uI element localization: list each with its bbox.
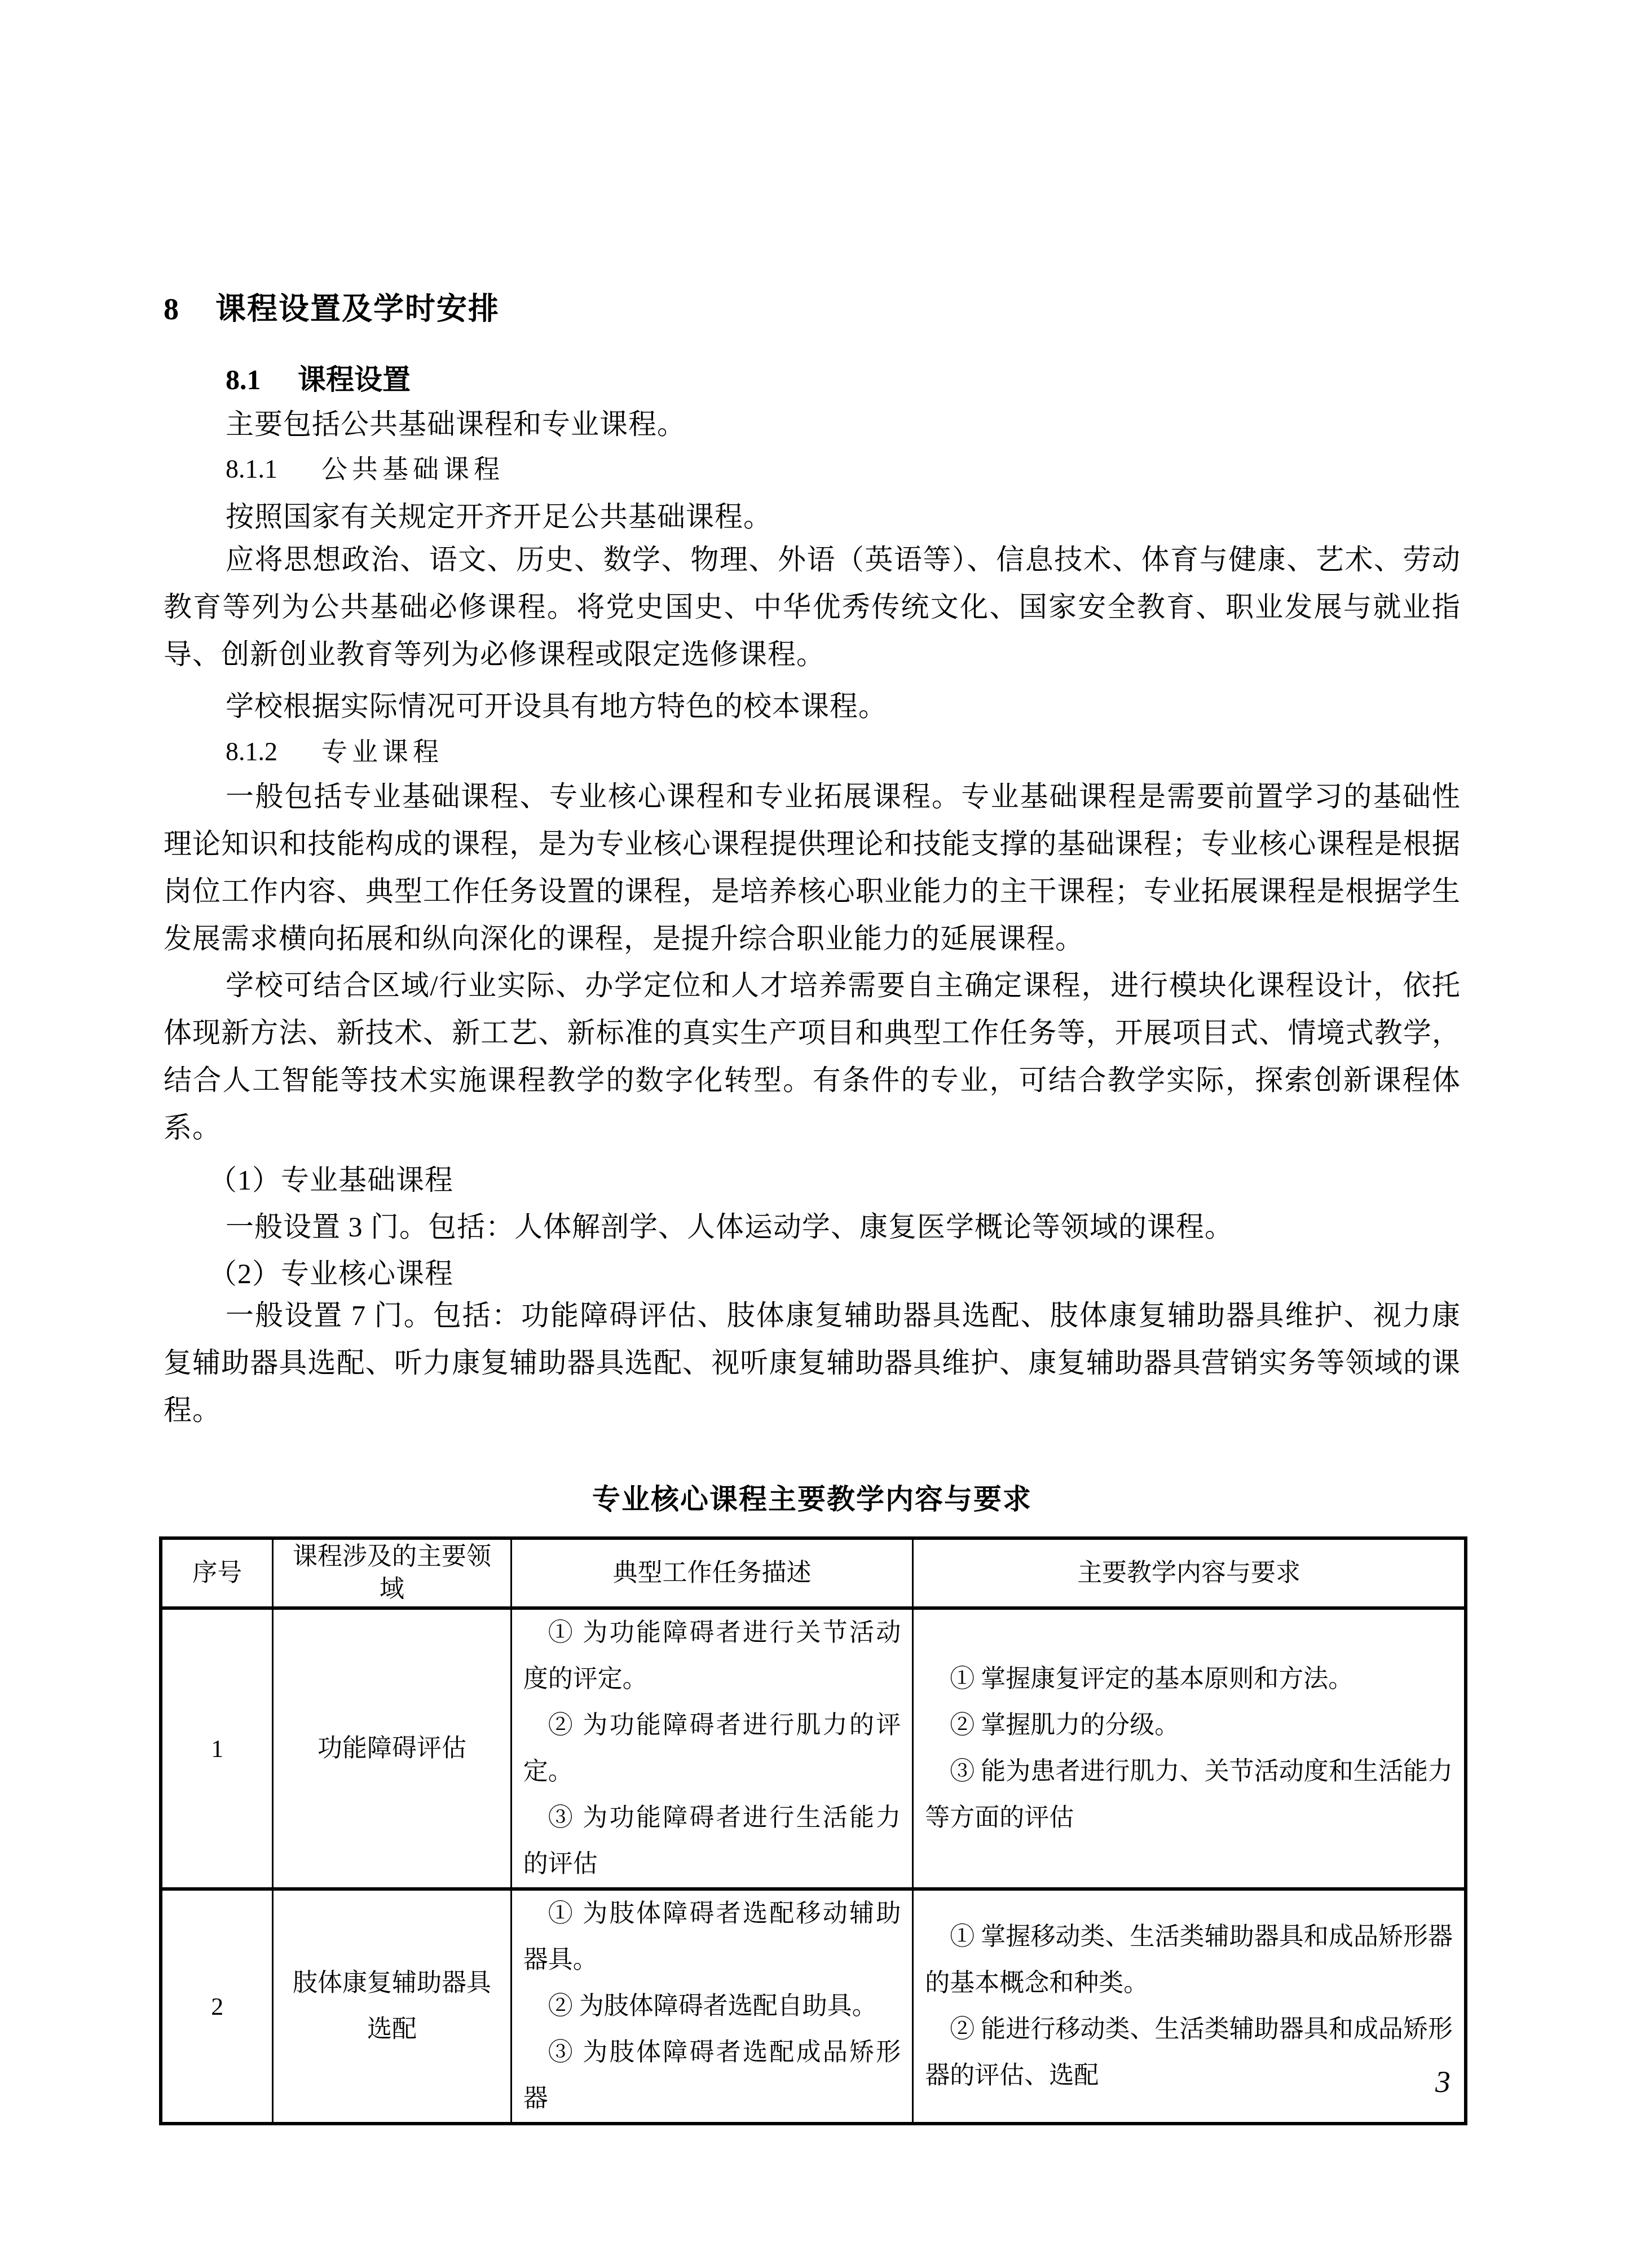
row-number: 2 <box>161 1889 273 2124</box>
task-item: ③ 为肢体障碍者选配成品矫形器 <box>523 2029 901 2122</box>
public-courses-heading: 8.1.1公共基础课程 <box>226 448 504 486</box>
core-table-title: 专业核心课程主要教学内容与要求 <box>164 1477 1461 1517</box>
professional-courses-heading: 8.1.2专业课程 <box>226 731 443 768</box>
public-courses-paragraph-2: 应将思想政治、语文、历史、数学、物理、外语（英语等）、信息技术、体育与健康、艺术… <box>164 536 1461 678</box>
requirement-item: ① 掌握康复评定的基本原则和方法。 <box>925 1656 1453 1702</box>
public-courses-title: 公共基础课程 <box>321 455 504 483</box>
row-number: 1 <box>161 1608 273 1889</box>
professional-courses-paragraph-1: 一般包括专业基础课程、专业核心课程和专业拓展课程。专业基础课程是需要前置学习的基… <box>164 773 1461 962</box>
requirement-item: ① 掌握移动类、生活类辅助器具和成品矫形器的基本概念和种类。 <box>925 1914 1453 2006</box>
task-item: ② 为肢体障碍者选配自助具。 <box>523 1983 901 2029</box>
task-item: ① 为功能障碍者进行关节活动度的评定。 <box>523 1610 901 1702</box>
header-task: 典型工作任务描述 <box>511 1538 912 1608</box>
task-item: ② 为功能障碍者进行肌力的评定。 <box>523 1702 901 1795</box>
task-item: ① 为肢体障碍者选配移动辅助器具。 <box>523 1891 901 1983</box>
header-area: 课程涉及的主要领域 <box>273 1538 511 1608</box>
table-header-row: 序号 课程涉及的主要领域 典型工作任务描述 主要教学内容与要求 <box>161 1538 1466 1608</box>
section-title: 课程设置及学时安排 <box>215 291 500 327</box>
professional-courses-paragraph-2: 学校可结合区域/行业实际、办学定位和人才培养需要自主确定课程，进行模块化课程设计… <box>164 962 1461 1151</box>
row-requirements: ① 掌握移动类、生活类辅助器具和成品矫形器的基本概念和种类。 ② 能进行移动类、… <box>913 1889 1466 2124</box>
row-tasks: ① 为功能障碍者进行关节活动度的评定。 ② 为功能障碍者进行肌力的评定。 ③ 为… <box>511 1608 912 1889</box>
public-courses-paragraph-1: 按照国家有关规定开齐开足公共基础课程。 <box>226 494 772 535</box>
core-courses-text: 一般设置 7 门。包括：功能障碍评估、肢体康复辅助器具选配、肢体康复辅助器具维护… <box>164 1292 1461 1434</box>
subsection-intro: 主要包括公共基础课程和专业课程。 <box>226 402 686 442</box>
core-courses-table: 序号 课程涉及的主要领域 典型工作任务描述 主要教学内容与要求 1 功能障碍评估… <box>159 1536 1467 2125</box>
document-page: 8课程设置及学时安排 8.1课程设置 主要包括公共基础课程和专业课程。 8.1.… <box>0 0 1627 2268</box>
row-area: 功能障碍评估 <box>273 1608 511 1889</box>
basic-courses-text: 一般设置 3 门。包括：人体解剖学、人体运动学、康复医学概论等领域的课程。 <box>226 1204 1233 1245</box>
requirement-item: ② 能进行移动类、生活类辅助器具和成品矫形器的评估、选配 <box>925 2006 1453 2099</box>
basic-courses-heading: （1）专业基础课程 <box>209 1157 453 1198</box>
page-number: 3 <box>1435 2064 1450 2099</box>
professional-courses-title: 专业课程 <box>321 737 443 766</box>
row-requirements: ① 掌握康复评定的基本原则和方法。 ② 掌握肌力的分级。 ③ 能为患者进行肌力、… <box>913 1608 1466 1889</box>
row-tasks: ① 为肢体障碍者选配移动辅助器具。 ② 为肢体障碍者选配自助具。 ③ 为肢体障碍… <box>511 1889 912 2124</box>
core-courses-heading: （2）专业核心课程 <box>209 1251 453 1292</box>
table-row: 2 肢体康复辅助器具选配 ① 为肢体障碍者选配移动辅助器具。 ② 为肢体障碍者选… <box>161 1889 1466 2124</box>
header-requirements: 主要教学内容与要求 <box>913 1538 1466 1608</box>
subsection-number: 8.1 <box>226 363 298 396</box>
professional-courses-number: 8.1.2 <box>226 737 321 767</box>
section-number: 8 <box>164 292 215 327</box>
section-heading: 8课程设置及学时安排 <box>164 285 500 328</box>
public-courses-paragraph-3: 学校根据实际情况可开设具有地方特色的校本课程。 <box>226 684 887 724</box>
subsection-title: 课程设置 <box>298 363 411 396</box>
header-no: 序号 <box>161 1538 273 1608</box>
requirement-item: ③ 能为患者进行肌力、关节活动度和生活能力等方面的评估 <box>925 1749 1453 1841</box>
public-courses-number: 8.1.1 <box>226 454 321 484</box>
row-area: 肢体康复辅助器具选配 <box>273 1889 511 2124</box>
task-item: ③ 为功能障碍者进行生活能力的评估 <box>523 1795 901 1887</box>
table-row: 1 功能障碍评估 ① 为功能障碍者进行关节活动度的评定。 ② 为功能障碍者进行肌… <box>161 1608 1466 1889</box>
subsection-heading: 8.1课程设置 <box>226 357 411 398</box>
requirement-item: ② 掌握肌力的分级。 <box>925 1702 1453 1749</box>
